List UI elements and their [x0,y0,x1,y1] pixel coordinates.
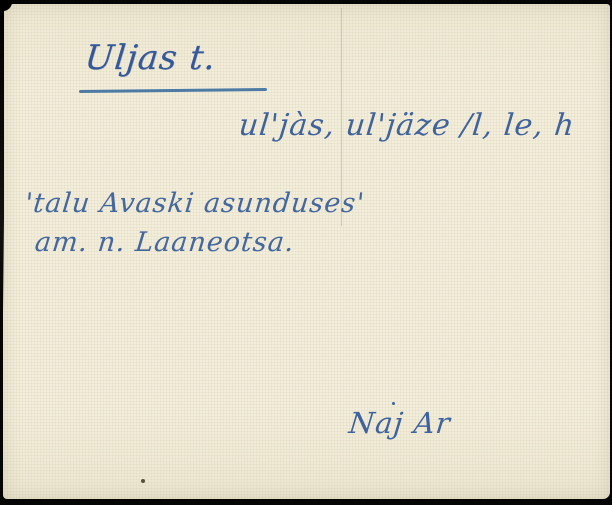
scanned-index-card: Uljas t. ul'jàs, ul'jäze /l, le, h 'talu… [0,0,612,505]
note-line-1: 'talu Avaski asunduses' [23,188,366,219]
collector-signature: Naj Ar [347,406,452,440]
dirt-speck [141,479,145,483]
card-heading: Uljas t. [83,38,218,78]
ink-dot [392,402,395,405]
index-card: Uljas t. ul'jàs, ul'jäze /l, le, h 'talu… [3,4,610,499]
card-crease-line [341,8,342,226]
heading-underline [79,88,267,93]
phonetic-transcription-line: ul'jàs, ul'jäze /l, le, h [237,108,576,143]
note-line-2: am. n. Laaneotsa. [33,227,296,258]
scan-edge-left [0,0,4,312]
